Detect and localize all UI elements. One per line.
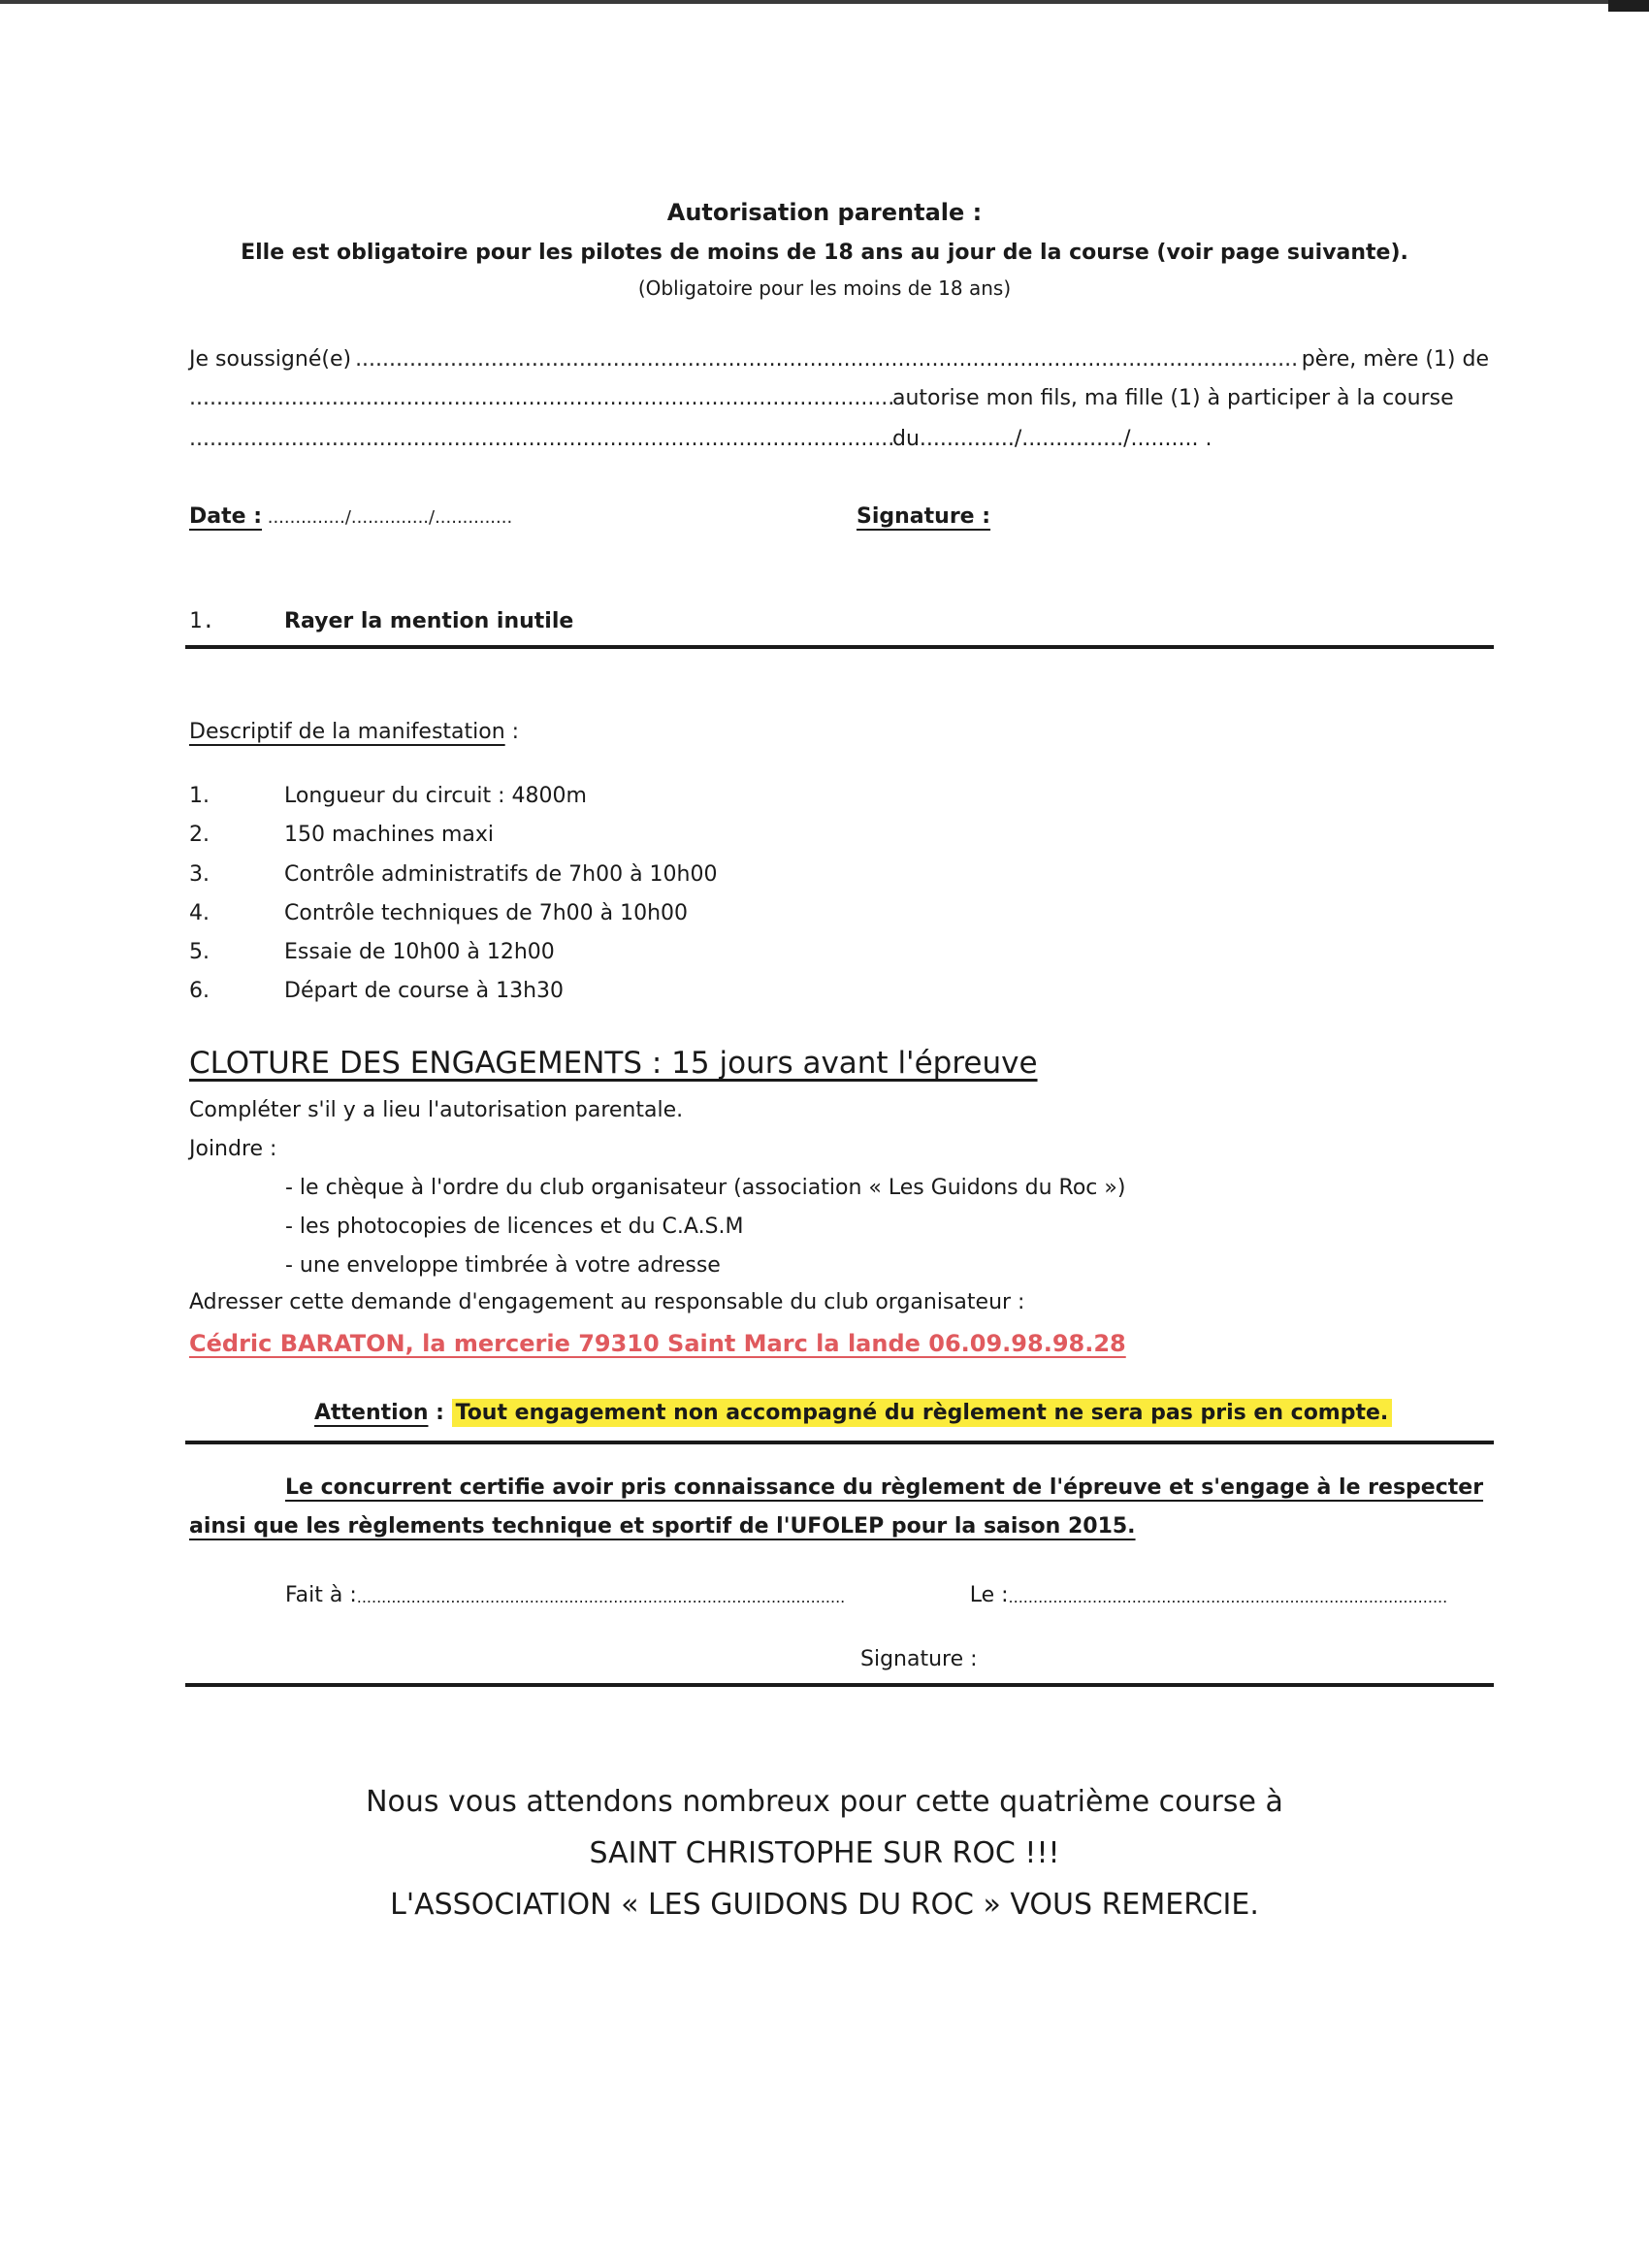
parent-role-label: père, mère (1) de — [1302, 347, 1489, 372]
name-field[interactable]: ........................................… — [355, 347, 1298, 372]
race-date-field[interactable]: du............../.............../.......… — [892, 427, 1212, 451]
made-at-row: Fait à : ...............................… — [285, 1583, 1455, 1612]
on-date-field[interactable]: ........................................… — [1009, 1583, 1455, 1612]
list-item-text: Contrôle techniques de 7h00 à 10h00 — [284, 901, 688, 925]
date-label: Date : — [189, 504, 262, 529]
footnote: 1.Rayer la mention inutile — [189, 609, 573, 633]
form-line-1: Je soussigné(e) ........................… — [189, 347, 1489, 372]
signature-label: Signature : — [857, 504, 990, 529]
list-item: 5.Essaie de 10h00 à 12h00 — [189, 940, 555, 964]
race-name-field[interactable]: ........................................… — [189, 427, 892, 451]
footnote-number: 1. — [189, 609, 284, 633]
child-name-field[interactable]: ........................................… — [189, 386, 892, 410]
footnote-text: Rayer la mention inutile — [284, 609, 573, 633]
list-item-number: 1. — [189, 784, 284, 808]
list-item: 4.Contrôle techniques de 7h00 à 10h00 — [189, 901, 688, 925]
je-soussigne-label: Je soussigné(e) — [189, 347, 351, 372]
date-row: Date : ............../............../...… — [189, 504, 512, 529]
list-item-text: Essaie de 10h00 à 12h00 — [284, 940, 555, 964]
join-label: Joindre : — [189, 1137, 276, 1161]
divider — [185, 1441, 1494, 1444]
certification-line-2: ainsi que les règlements technique et sp… — [189, 1514, 1136, 1539]
list-item: 2.150 machines maxi — [189, 823, 494, 847]
divider — [185, 1683, 1494, 1687]
attention-label: Attention — [314, 1401, 428, 1425]
contact-info: Cédric BARATON, la mercerie 79310 Saint … — [189, 1330, 1126, 1357]
list-item-text: Longueur du circuit : 4800m — [284, 784, 587, 808]
parental-auth-subtitle: Elle est obligatoire pour les pilotes de… — [0, 241, 1649, 265]
list-item: 6.Départ de course à 13h30 — [189, 979, 564, 1003]
date-field[interactable]: ............../............../..........… — [262, 507, 512, 528]
parental-auth-note: (Obligatoire pour les moins de 18 ans) — [0, 276, 1649, 300]
attention-colon: : — [428, 1401, 451, 1425]
list-item-text: 150 machines maxi — [284, 823, 494, 847]
closing-message-line-2: SAINT CHRISTOPHE SUR ROC !!! — [0, 1836, 1649, 1870]
scan-border-top — [0, 0, 1649, 4]
list-item-number: 5. — [189, 940, 284, 964]
attachment-item: - une enveloppe timbrée à votre adresse — [285, 1253, 721, 1278]
attachment-item: - le chèque à l'ordre du club organisate… — [285, 1176, 1125, 1200]
attention-row: Attention : Tout engagement non accompag… — [314, 1401, 1392, 1425]
parental-auth-title: Autorisation parentale : — [0, 199, 1649, 226]
attachment-item: - les photocopies de licences et du C.A.… — [285, 1215, 744, 1239]
authorize-label: autorise mon fils, ma fille (1) à partic… — [892, 386, 1454, 410]
form-line-3: ........................................… — [189, 427, 1489, 451]
list-item-number: 4. — [189, 901, 284, 925]
list-item: 3.Contrôle administratifs de 7h00 à 10h0… — [189, 862, 717, 887]
complete-instruction: Compléter s'il y a lieu l'autorisation p… — [189, 1098, 683, 1122]
list-item-text: Départ de course à 13h30 — [284, 979, 564, 1003]
address-intro: Adresser cette demande d'engagement au r… — [189, 1290, 1024, 1314]
form-line-2: ........................................… — [189, 386, 1489, 410]
made-at-label: Fait à : — [285, 1583, 357, 1612]
closing-message-line-1: Nous vous attendons nombreux pour cette … — [0, 1785, 1649, 1819]
on-label: Le : — [970, 1583, 1009, 1612]
list-item-number: 2. — [189, 823, 284, 847]
made-at-field[interactable]: ........................................… — [357, 1583, 956, 1612]
description-heading-row: Descriptif de la manifestation : — [189, 720, 519, 744]
divider — [185, 645, 1494, 649]
certification-line-1: Le concurrent certifie avoir pris connai… — [285, 1475, 1483, 1500]
list-item-text: Contrôle administratifs de 7h00 à 10h00 — [284, 862, 717, 887]
closing-message-line-3: L'ASSOCIATION « LES GUIDONS DU ROC » VOU… — [0, 1888, 1649, 1922]
description-heading-colon: : — [505, 720, 519, 744]
certification-signature-label: Signature : — [860, 1647, 978, 1671]
description-heading: Descriptif de la manifestation — [189, 720, 505, 744]
attention-text: Tout engagement non accompagné du règlem… — [452, 1399, 1393, 1427]
list-item: 1.Longueur du circuit : 4800m — [189, 784, 587, 808]
closing-heading: CLOTURE DES ENGAGEMENTS : 15 jours avant… — [189, 1046, 1038, 1081]
list-item-number: 3. — [189, 862, 284, 887]
scan-corner-artifact — [1608, 0, 1649, 12]
list-item-number: 6. — [189, 979, 284, 1003]
